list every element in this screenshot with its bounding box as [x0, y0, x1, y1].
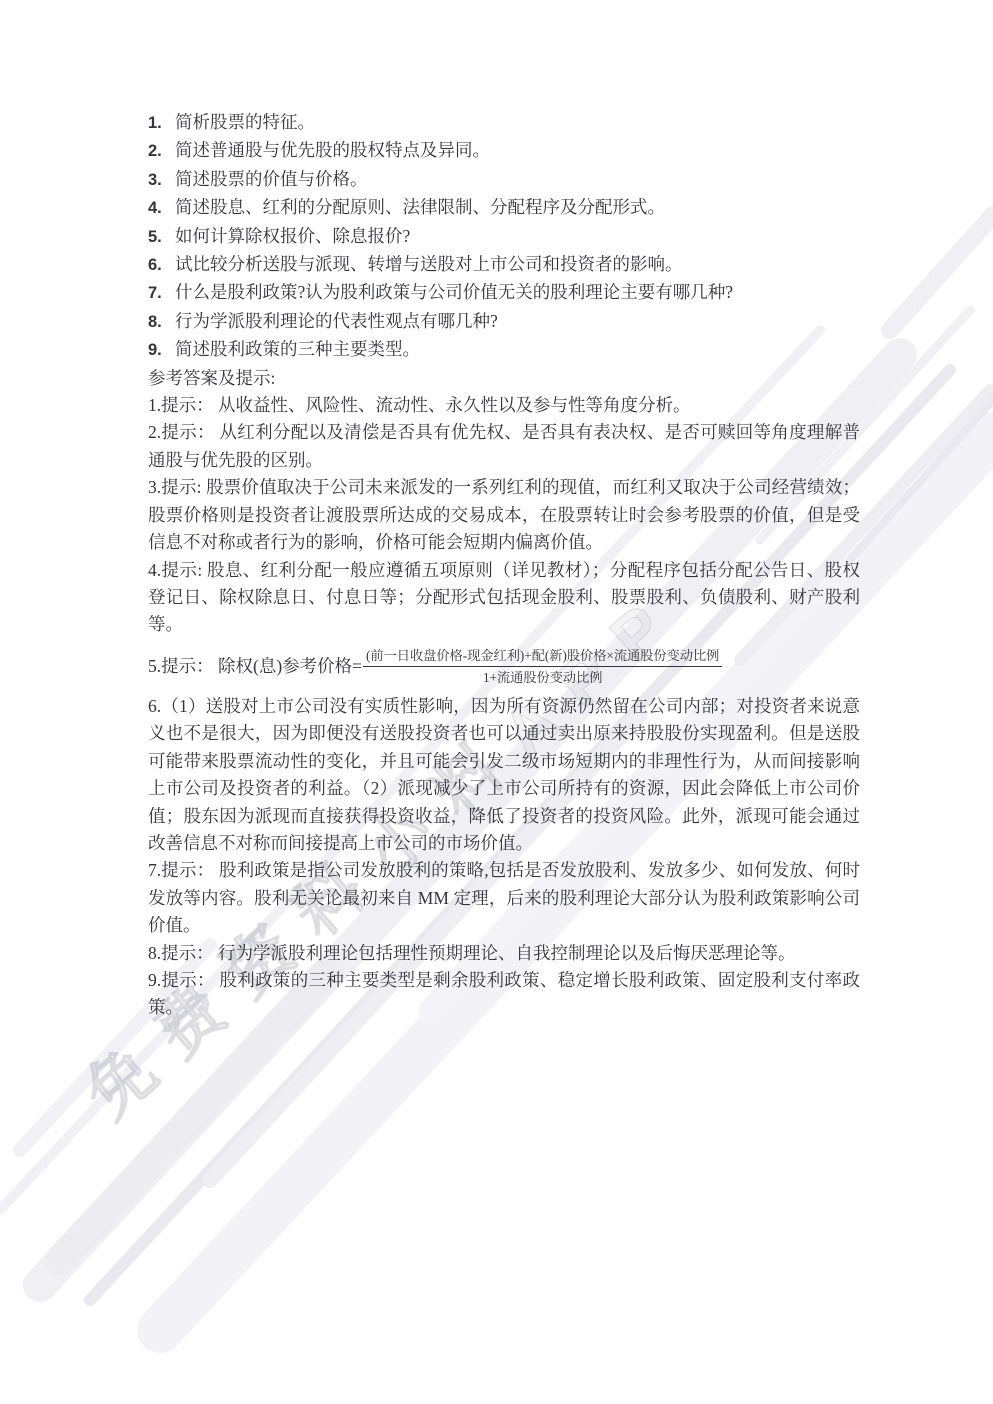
- question-number: 3.: [148, 167, 175, 194]
- fraction-denominator: 1+流通股份变动比例: [363, 667, 722, 687]
- answer-text: （1）送股对上市公司没有实质性影响，因为所有资源仍然留在公司内部；对投资者来说意…: [148, 696, 860, 853]
- question-text: 如何计算除权报价、除息报价?: [175, 226, 410, 246]
- formula-fraction: (前一日收盘价格-现金红利)+配(新)股价格×流通股份变动比例1+流通股份变动比…: [363, 646, 722, 687]
- question-item: 1.简析股票的特征。: [148, 109, 860, 137]
- answers-header: 参考答案及提示:: [148, 365, 860, 392]
- question-text: 试比较分析送股与派现、转增与送股对上市公司和投资者的影响。: [175, 254, 683, 274]
- question-number: 2.: [148, 138, 175, 165]
- answer-paragraph: 2.提示： 从红利分配以及清偿是否具有优先权、是否具有表决权、是否可赎回等角度理…: [148, 419, 860, 474]
- answer-paragraph: 4.提示: 股息、红利分配一般应遵循五项原则（详见教材）；分配程序包括分配公告日…: [148, 557, 860, 639]
- answer-paragraph: 9.提示： 股利政策的三种主要类型是剩余股利政策、稳定增长股利政策、固定股利支付…: [148, 967, 860, 1022]
- answer-label: 9.提示：: [148, 970, 220, 990]
- answer-label: 7.提示：: [148, 860, 219, 880]
- answer-paragraph: 6.（1）送股对上市公司没有实质性影响，因为所有资源仍然留在公司内部；对投资者来…: [148, 693, 860, 857]
- question-item: 5.如何计算除权报价、除息报价?: [148, 223, 860, 251]
- answer-label: 4.提示:: [148, 560, 207, 580]
- question-item: 7.什么是股利政策?认为股利政策与公司价值无关的股利理论主要有哪几种?: [148, 279, 860, 307]
- answer-paragraph: 1.提示： 从收益性、风险性、流动性、永久性以及参与性等角度分析。: [148, 392, 860, 419]
- answer-paragraph: 8.提示： 行为学派股利理论包括理性预期理论、自我控制理论以及后悔厌恶理论等。: [148, 940, 860, 967]
- answer-label: 3.提示:: [148, 477, 206, 497]
- answer-label: 2.提示：: [148, 422, 220, 442]
- answer-text: 股息、红利分配一般应遵循五项原则（详见教材）；分配程序包括分配公告日、股权登记日…: [148, 560, 860, 635]
- answer-text: 股票价值取决于公司未来派发的一系列红利的现值，而红利又取决于公司经营绩效；股票价…: [148, 477, 860, 552]
- question-text: 简析股票的特征。: [175, 112, 315, 132]
- question-number: 5.: [148, 224, 175, 251]
- answer-paragraph: 3.提示: 股票价值取决于公司未来派发的一系列红利的现值，而红利又取决于公司经营…: [148, 474, 860, 556]
- answer-text: 从红利分配以及清偿是否具有优先权、是否具有表决权、是否可赎回等角度理解普通股与优…: [148, 422, 860, 469]
- question-number: 4.: [148, 195, 175, 222]
- question-text: 简述股利政策的三种主要类型。: [175, 339, 420, 359]
- question-item: 4.简述股息、红利的分配原则、法律限制、分配程序及分配形式。: [148, 194, 860, 222]
- question-item: 9.简述股利政策的三种主要类型。: [148, 336, 860, 364]
- question-item: 6.试比较分析送股与派现、转增与送股对上市公司和投资者的影响。: [148, 251, 860, 279]
- answer-text: 行为学派股利理论包括理性预期理论、自我控制理论以及后悔厌恶理论等。: [218, 943, 796, 963]
- question-text: 行为学派股利理论的代表性观点有哪几种?: [175, 311, 498, 331]
- answer-label: 6.: [148, 696, 161, 716]
- question-item: 2.简述普通股与优先股的股权特点及异同。: [148, 137, 860, 165]
- question-text: 简述普通股与优先股的股权特点及异同。: [175, 140, 490, 160]
- question-text: 简述股票的价值与价格。: [175, 169, 368, 189]
- question-number: 7.: [148, 280, 175, 307]
- document-page: 1.简析股票的特征。 2.简述普通股与优先股的股权特点及异同。 3.简述股票的价…: [148, 109, 860, 1022]
- answer-text: 股利政策是指公司发放股利的策略,包括是否发放股利、发放多少、如何发放、何时发放等…: [148, 860, 860, 935]
- answer-text: 股利政策的三种主要类型是剩余股利政策、稳定增长股利政策、固定股利支付率政策。: [148, 970, 860, 1017]
- question-number: 9.: [148, 337, 175, 364]
- question-number: 6.: [148, 252, 175, 279]
- formula-paragraph: 5.提示： 除权(息)参考价格=(前一日收盘价格-现金红利)+配(新)股价格×流…: [148, 639, 860, 693]
- question-item: 3.简述股票的价值与价格。: [148, 166, 860, 194]
- answer-label: 1.提示：: [148, 395, 218, 415]
- formula-label: 5.提示： 除权(息)参考价格=: [148, 653, 362, 680]
- question-number: 1.: [148, 110, 175, 137]
- answer-label: 8.提示：: [148, 943, 218, 963]
- question-text: 简述股息、红利的分配原则、法律限制、分配程序及分配形式。: [175, 197, 665, 217]
- question-item: 8.行为学派股利理论的代表性观点有哪几种?: [148, 308, 860, 336]
- answer-text: 从收益性、风险性、流动性、永久性以及参与性等角度分析。: [218, 395, 691, 415]
- question-text: 什么是股利政策?认为股利政策与公司价值无关的股利理论主要有哪几种?: [175, 282, 733, 302]
- answer-paragraph: 7.提示： 股利政策是指公司发放股利的策略,包括是否发放股利、发放多少、如何发放…: [148, 857, 860, 939]
- fraction-numerator: (前一日收盘价格-现金红利)+配(新)股价格×流通股份变动比例: [363, 646, 722, 667]
- question-number: 8.: [148, 309, 175, 336]
